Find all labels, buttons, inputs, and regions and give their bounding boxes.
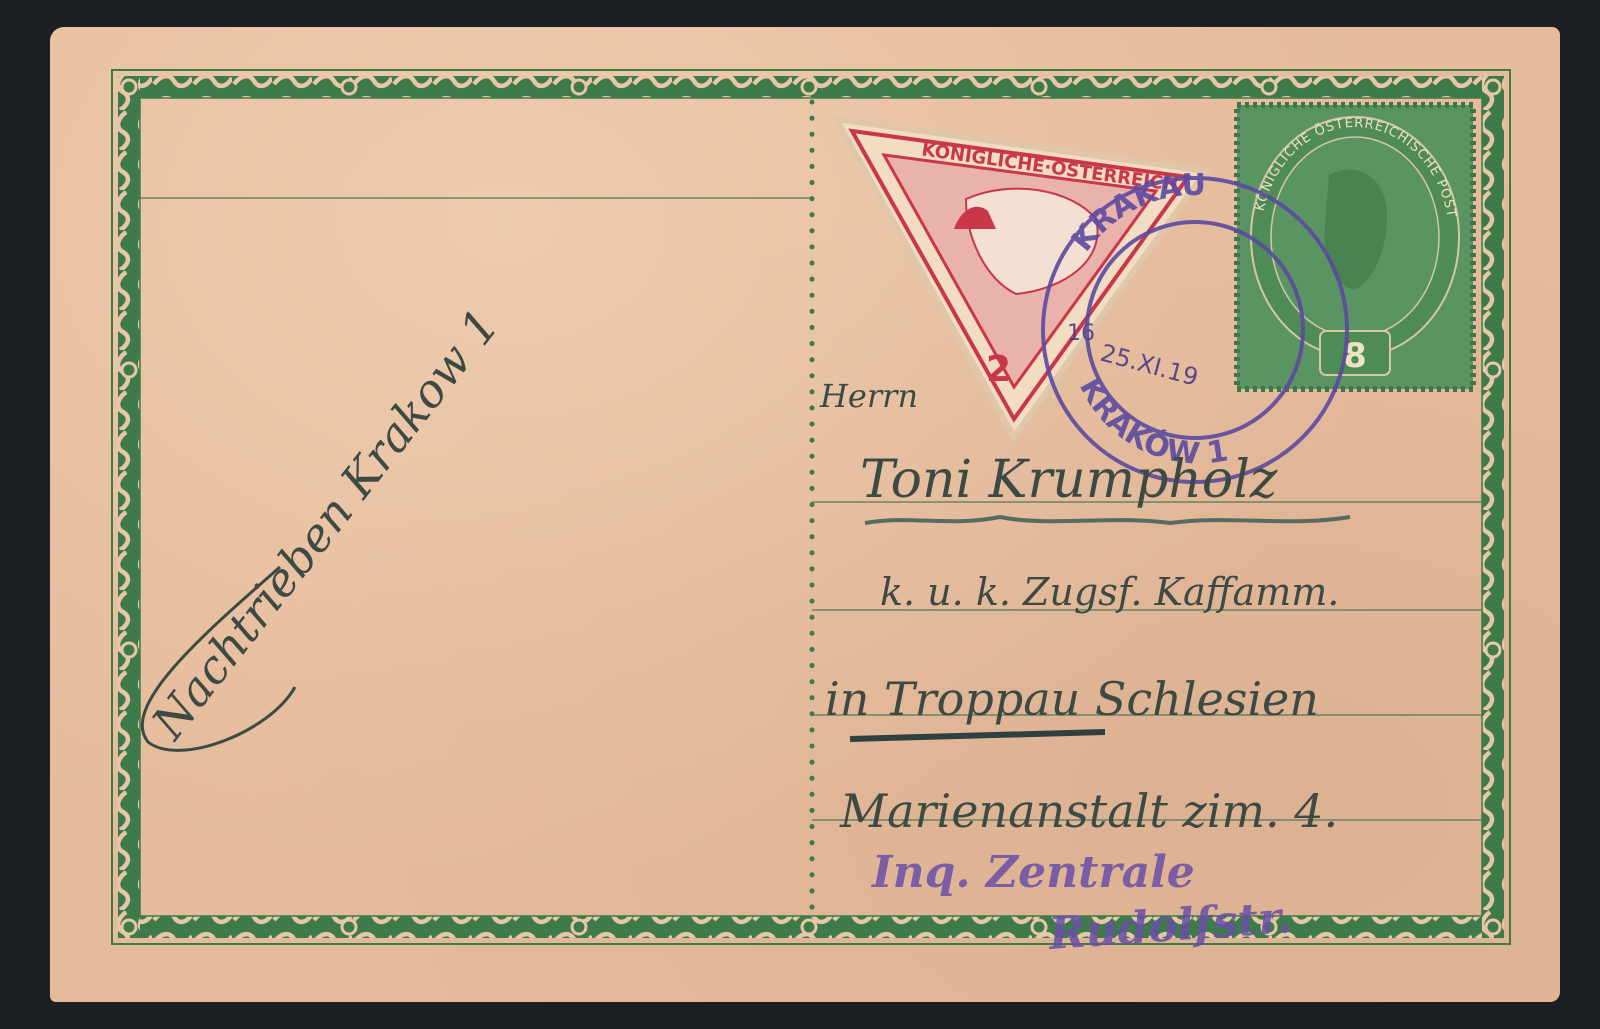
- svg-text:Toni Krumpholz: Toni Krumpholz: [860, 450, 1278, 510]
- svg-text:Nachtrieben Krakow 1: Nachtrieben Krakow 1: [140, 299, 509, 750]
- address-block: Herrn Toni Krumpholz k. u. k. Zugsf. Kaf…: [819, 377, 1350, 838]
- imprinted-stamp: 8 KÖNIGLICHE ÖSTERREICHISCHE POST: [1237, 105, 1473, 389]
- svg-text:in Troppau Schlesien: in Troppau Schlesien: [825, 672, 1319, 726]
- svg-text:k. u. k. Zugsf. Kaffamm.: k. u. k. Zugsf. Kaffamm.: [880, 570, 1339, 614]
- svg-text:Inq. Zentrale: Inq. Zentrale: [870, 847, 1195, 898]
- svg-text:16: 16: [1067, 321, 1095, 346]
- svg-text:Herrn: Herrn: [819, 377, 918, 415]
- sender-note: Nachtrieben Krakow 1: [140, 299, 509, 751]
- svg-text:2: 2: [986, 349, 1011, 390]
- postcard-artwork: 8 KÖNIGLICHE ÖSTERREICHISCHE POST KÖNIGL…: [50, 27, 1560, 1002]
- postcard: 8 KÖNIGLICHE ÖSTERREICHISCHE POST KÖNIGL…: [50, 27, 1560, 1002]
- svg-text:Rudolfstr.: Rudolfstr.: [1045, 892, 1294, 960]
- svg-text:25.XI.19: 25.XI.19: [1097, 339, 1201, 392]
- svg-text:Marienanstalt zim. 4.: Marienanstalt zim. 4.: [839, 784, 1338, 838]
